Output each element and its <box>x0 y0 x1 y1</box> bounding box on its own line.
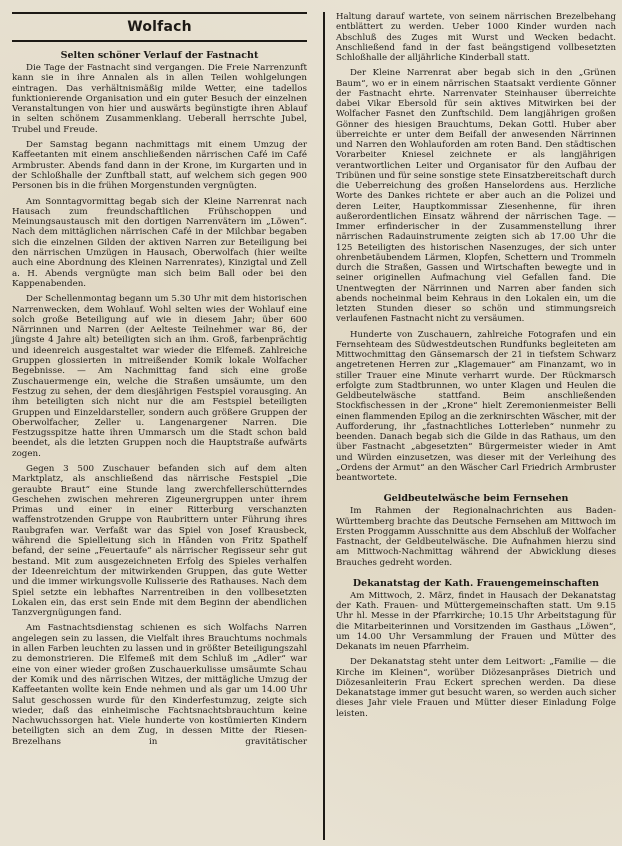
article-paragraph: Der Samstag begann nachmittags mit einem… <box>12 140 307 191</box>
article-headline: Geldbeutelwäsche beim Fernsehen <box>336 493 616 504</box>
newspaper-page: Wolfach Selten schöner Verlauf der Fastn… <box>0 0 622 846</box>
article-paragraph: Die Tage der Fastnacht sind vergangen. D… <box>12 63 307 135</box>
article-paragraph: Gegen 3 500 Zuschauer befanden sich auf … <box>12 464 307 618</box>
masthead: Wolfach <box>12 12 307 42</box>
article-paragraph: Am Mittwoch, 2. März, findet in Hausach … <box>336 591 616 653</box>
article-paragraph: Hunderte von Zuschauern, zahlreiche Foto… <box>336 330 616 484</box>
article-paragraph: Der Kleine Narrenrat aber begab sich in … <box>336 68 616 324</box>
right-column: Haltung darauf wartete, von seinem närri… <box>336 12 616 724</box>
article-paragraph: Der Dekanatstag steht unter dem Leitwort… <box>336 657 616 719</box>
article-headline: Dekanatstag der Kath. Frauengemeinschaft… <box>336 578 616 589</box>
article-paragraph: Am Sonntagvormittag begab sich der Klein… <box>12 197 307 290</box>
article-paragraph: Im Rahmen der Regionalnachrichten aus Ba… <box>336 506 616 568</box>
section-title: Wolfach <box>127 19 192 35</box>
article-headline: Selten schöner Verlauf der Fastnacht <box>12 50 307 61</box>
article-paragraph: Der Schellenmontag begann um 5.30 Uhr mi… <box>12 294 307 459</box>
article-paragraph-continued: Haltung darauf wartete, von seinem närri… <box>336 12 616 63</box>
left-column: Wolfach Selten schöner Verlauf der Fastn… <box>12 0 307 752</box>
column-divider <box>323 12 325 840</box>
article-paragraph: Am Fastnachtsdienstag schienen es sich W… <box>12 623 307 747</box>
